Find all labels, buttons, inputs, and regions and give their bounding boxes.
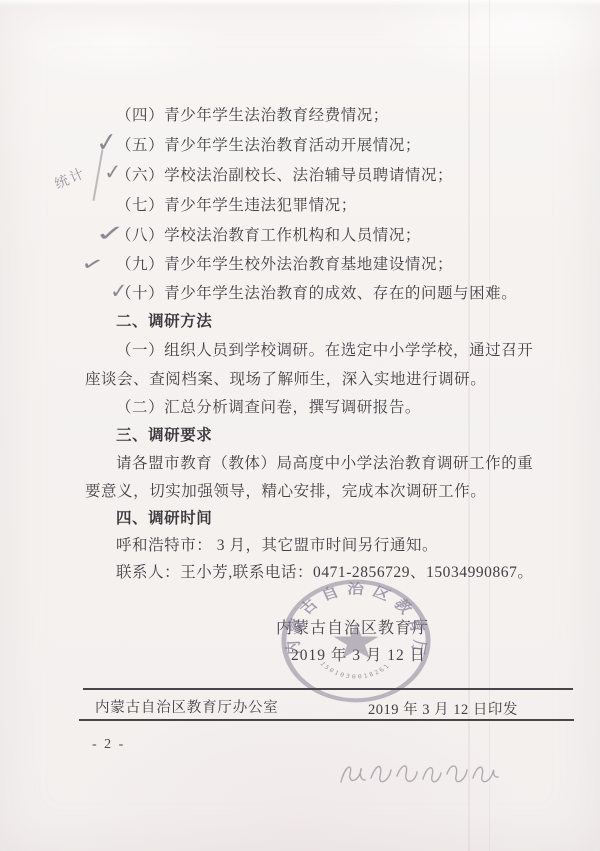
footer-issuing-office: 内蒙古自治区教育厅办公室: [95, 696, 279, 717]
footer-rule-top: [83, 688, 573, 690]
seal-ring: [284, 582, 428, 701]
footer-rule-bottom: [79, 719, 574, 721]
paragraph-contact: 联系人：王小芳,联系电话：0471-2856729、15034990867。: [85, 563, 535, 583]
paragraph-methods-1b: 座谈会、查阅档案、现场了解师生，深入实地进行调研。: [85, 370, 535, 390]
paragraph-methods-2: （二）汇总分析调查问卷，撰写调研报告。: [85, 398, 535, 418]
page-number: - 2 -: [92, 737, 125, 753]
list-item-7: （七）青少年学生违法犯罪情况；: [85, 196, 535, 216]
signature-date: 2019 年 3 月 12 日: [291, 643, 426, 665]
section-heading-4: 四、调研时间: [85, 509, 535, 529]
section-heading-2: 二、调研方法: [85, 312, 535, 332]
signature-issuer: 内蒙古自治区教育厅: [276, 615, 429, 638]
list-item-6: （六）学校法治副校长、法治辅导员聘请情况；: [85, 166, 535, 186]
list-item-9: （九）青少年学生校外法治教育基地建设情况；: [85, 255, 535, 275]
paragraph-methods-1a: （一）组织人员到学校调研。在选定中小学学校，通过召开: [85, 341, 535, 361]
official-seal-stamp: 内蒙古自治区教育厅 1501030018261: [277, 576, 435, 706]
footer-print-date: 2019 年 3 月 12 日印发: [368, 698, 518, 719]
paper-top-highlight: [0, 0, 600, 6]
list-item-10: （十）青少年学生法治教育的成效、存在的问题与困难。: [85, 284, 535, 304]
list-item-4: （四）青少年学生法治教育经费情况；: [85, 106, 535, 126]
handwritten-margin-note: 统计: [51, 162, 88, 193]
paragraph-requirements-b: 要意义，切实加强领导，精心安排，完成本次调研工作。: [85, 482, 535, 502]
list-item-5: （五）青少年学生法治教育活动开展情况；: [85, 136, 535, 156]
handwritten-scribble: [335, 752, 510, 802]
scanned-document-page: （四）青少年学生法治教育经费情况； （五）青少年学生法治教育活动开展情况； （六…: [0, 0, 600, 851]
list-item-8: （八）学校法治教育工作机构和人员情况；: [85, 226, 535, 246]
paragraph-requirements-a: 请各盟市教育（教体）局高度中小学法治教育调研工作的重: [85, 454, 535, 474]
section-heading-3: 三、调研要求: [85, 426, 535, 446]
paragraph-schedule: 呼和浩特市： 3 月，其它盟市时间另行通知。: [85, 536, 535, 556]
